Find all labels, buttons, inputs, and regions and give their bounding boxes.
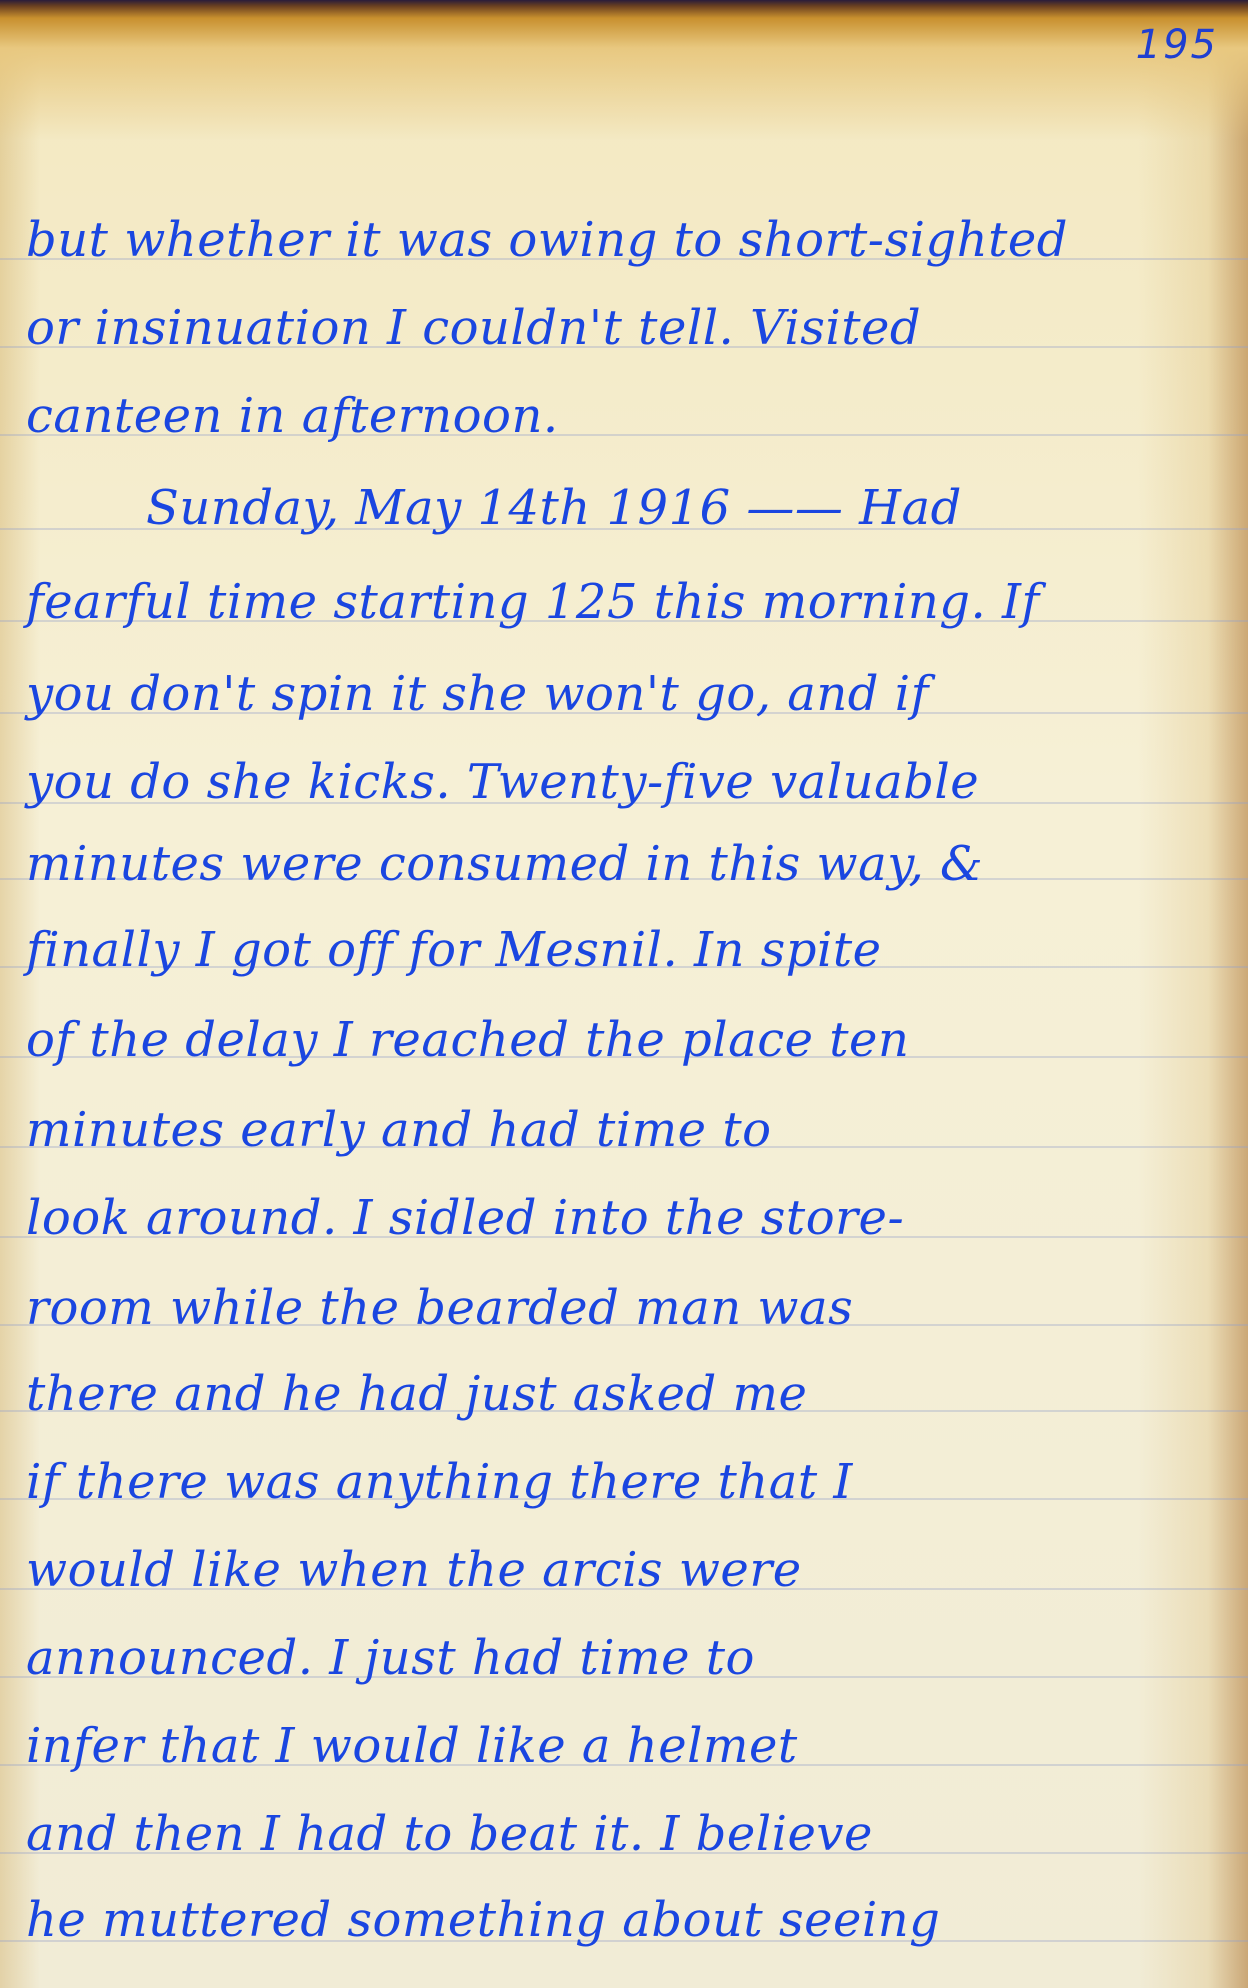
handwritten-line: and then I had to beat it. I believe [26, 1804, 1228, 1864]
handwritten-line: canteen in afternoon. [26, 386, 1228, 446]
handwritten-line: would like when the arcis were [26, 1540, 1228, 1600]
handwritten-line: but whether it was owing to short-sighte… [26, 210, 1228, 270]
handwritten-line: or insinuation I couldn't tell. Visited [26, 298, 1228, 358]
handwritten-line: he muttered something about seeing [26, 1890, 1228, 1950]
handwritten-line: infer that I would like a helmet [26, 1716, 1228, 1776]
handwritten-line: announced. I just had time to [26, 1628, 1228, 1688]
handwritten-line: minutes were consumed in this way, & [26, 834, 1228, 894]
handwritten-line: if there was anything there that I [26, 1452, 1228, 1512]
diary-page: 195 but whether it was owing to short-si… [0, 0, 1248, 1988]
entry-date-line: Sunday, May 14th 1916 —— Had [26, 478, 1228, 538]
handwritten-line: you don't spin it she won't go, and if [26, 664, 1228, 724]
handwritten-line: look around. I sidled into the store- [26, 1188, 1228, 1248]
handwritten-line: of the delay I reached the place ten [26, 1010, 1228, 1070]
handwritten-line: finally I got off for Mesnil. In spite [26, 920, 1228, 980]
handwritten-line: there and he had just asked me [26, 1364, 1228, 1424]
page-number: 195 [1136, 22, 1218, 68]
handwritten-line: you do she kicks. Twenty-five valuable [26, 752, 1228, 812]
handwritten-line: room while the bearded man was [26, 1278, 1228, 1338]
handwritten-line: fearful time starting 125 this morning. … [26, 572, 1228, 632]
handwritten-line: minutes early and had time to [26, 1100, 1228, 1160]
